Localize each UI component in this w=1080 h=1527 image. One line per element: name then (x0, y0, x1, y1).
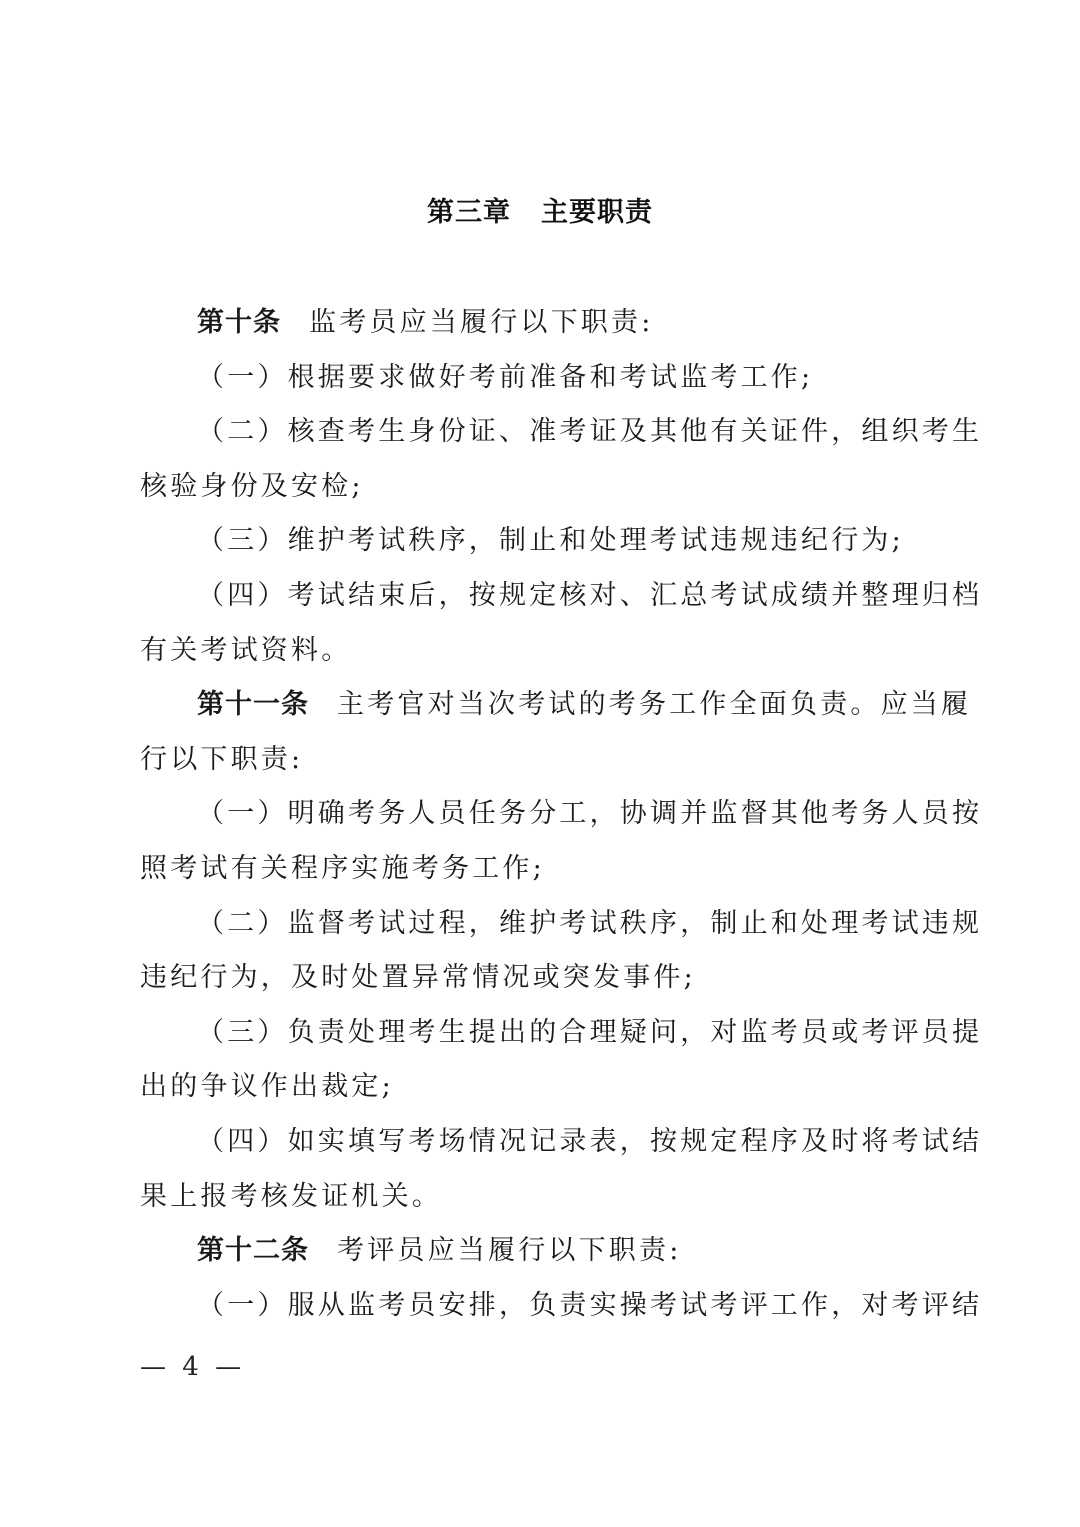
article-label: 第十二条 (197, 1235, 309, 1266)
document-body: 第十条监考员应当履行以下职责: （一）根据要求做好考前准备和考试监考工作; （二… (140, 296, 940, 1333)
article-label: 第十条 (197, 307, 281, 338)
article-intro: 监考员应当履行以下职责: (309, 307, 654, 338)
chapter-name: 主要职责 (541, 197, 653, 228)
chapter-number: 第三章 (427, 197, 511, 228)
article-label: 第十一条 (197, 689, 309, 720)
document-page: 第三章主要职责 第十条监考员应当履行以下职责: （一）根据要求做好考前准备和考试… (0, 0, 1080, 1527)
article-11-item-2: （二）监督考试过程，维护考试秩序，制止和处理考试违规 (140, 897, 940, 952)
article-intro: 主考官对当次考试的考务工作全面负责。应当履 (337, 689, 971, 720)
page-number: — 4 — (140, 1352, 245, 1382)
article-12-item-1: （一）服从监考员安排，负责实操考试考评工作，对考评结 (140, 1279, 940, 1334)
article-11-item-4: （四）如实填写考场情况记录表，按规定程序及时将考试结 (140, 1115, 940, 1170)
article-11-item-3-cont: 出的争议作出裁定; (140, 1060, 940, 1115)
article-10-item-2: （二）核查考生身份证、准考证及其他有关证件，组织考生 (140, 405, 940, 460)
article-11-heading: 第十一条主考官对当次考试的考务工作全面负责。应当履 (140, 678, 940, 733)
article-11-item-1-cont: 照考试有关程序实施考务工作; (140, 842, 940, 897)
article-10-item-2-cont: 核验身份及安检; (140, 460, 940, 515)
article-10-item-4: （四）考试结束后，按规定核对、汇总考试成绩并整理归档 (140, 569, 940, 624)
article-10-heading: 第十条监考员应当履行以下职责: (140, 296, 940, 351)
article-11-item-2-cont: 违纪行为，及时处置异常情况或突发事件; (140, 951, 940, 1006)
article-intro: 考评员应当履行以下职责: (337, 1235, 682, 1266)
chapter-title: 第三章主要职责 (0, 190, 1080, 240)
article-10-item-4-cont: 有关考试资料。 (140, 624, 940, 679)
article-10-item-3: （三）维护考试秩序，制止和处理考试违规违纪行为; (140, 514, 940, 569)
article-11-item-3: （三）负责处理考生提出的合理疑问，对监考员或考评员提 (140, 1006, 940, 1061)
article-11-intro-cont: 行以下职责: (140, 733, 940, 788)
article-12-heading: 第十二条考评员应当履行以下职责: (140, 1224, 940, 1279)
article-11-item-4-cont: 果上报考核发证机关。 (140, 1170, 940, 1225)
article-11-item-1: （一）明确考务人员任务分工，协调并监督其他考务人员按 (140, 787, 940, 842)
article-10-item-1: （一）根据要求做好考前准备和考试监考工作; (140, 351, 940, 406)
